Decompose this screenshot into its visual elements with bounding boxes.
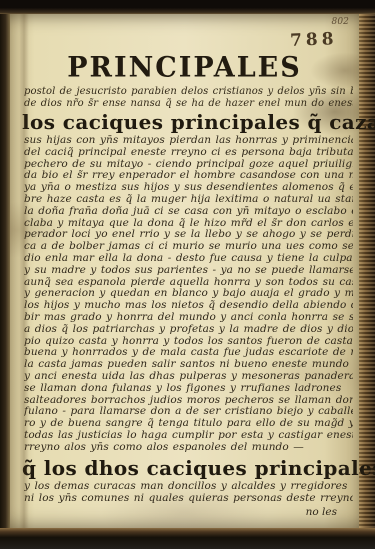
body-line: fulano - para llamarse don a de ser cris… (24, 406, 353, 418)
scan-left-edge (0, 14, 10, 528)
closing-line: y los demas curacas man doncillos y alca… (24, 480, 353, 493)
catchword: no les (10, 505, 359, 518)
manuscript-page: 802 788 PRINCIPALES postol de jesucristo… (10, 14, 359, 528)
body-line: ro y de buena sangre q̃ tenga titulo par… (24, 418, 353, 430)
scan-bottom-edge (0, 528, 375, 549)
body-line: salteadores borrachos judios moros peche… (24, 395, 353, 407)
body-line: todas las justicias lo haga cumplir por … (24, 430, 353, 442)
body-line: y anci enesta uida las dhas pulperas y m… (24, 371, 353, 383)
body-line: pechero de su mitayo - ciendo principal … (24, 159, 353, 171)
closing-block: y los demas curacas man doncillos y alca… (10, 479, 359, 505)
body-line: y su madre y todos sus parientes - ya no… (24, 265, 353, 277)
original-page-number: 788 (289, 29, 337, 51)
manuscript-scan: 802 788 PRINCIPALES postol de jesucristo… (0, 0, 375, 549)
intro-line: de dios nr̃o s̃r ense nansa q̃ se ha de … (24, 98, 353, 110)
body-line: claba y mitaya que la dona q̃ le hizo mr… (24, 218, 353, 230)
body-line: del caciq̃ principal eneste rreyno ci es… (24, 147, 353, 159)
scan-top-edge (0, 0, 375, 14)
body-line: ya yn̄a o mestiza sus hijos y sus desend… (24, 182, 353, 194)
body-line: y generacion y quedan en blanco y bajo a… (24, 288, 353, 300)
intro-line: postol de jesucristo parabien delos cris… (24, 86, 353, 98)
body-line: da bio el s̃r rrey enperador el hombre c… (24, 170, 353, 182)
body-line: sus hijas con yn̄s mitayos pierdan las h… (24, 135, 353, 147)
modern-folio-number: 802 (332, 17, 349, 27)
section-heading-dhos-caciques: q̃ los dhos caciques principales (10, 457, 359, 479)
body-line: buena y honrrados y de mala casta fue ju… (24, 347, 353, 359)
body-line: aunq̃ sea espanola pierde aquella honrra… (24, 277, 353, 289)
closing-line: ni los yn̄s comunes ni quales quieras pe… (24, 492, 353, 505)
body-line: dio enla mar ella la dona - desto fue ca… (24, 253, 353, 265)
body-line: ca a de bolber jamas ci ci murio se muri… (24, 241, 353, 253)
body-line: pio quizo casta y honrra y todos los san… (24, 336, 353, 348)
body-line: se llaman dona fulanas y los figones y r… (24, 383, 353, 395)
body-line: rreyno alos yn̄s como alos espanoles del… (24, 442, 353, 454)
book-fore-edge (359, 14, 375, 528)
page-title: PRINCIPALES (10, 51, 359, 84)
intro-block: postol de jesucristo parabien delos cris… (10, 85, 359, 109)
body-line: perador loci yo enel rrio y se la llebo … (24, 229, 353, 241)
body-line: a dios q̃ los patriarchas y profetas y l… (24, 324, 353, 336)
section-heading-caciques: los caciques principales q̃ cazarẽ (10, 111, 359, 133)
body-line: la casta jamas pueden salir santos ni bu… (24, 359, 353, 371)
body-line: los hijos y mucho mas los nietos q̃ dese… (24, 300, 353, 312)
body-line: bir mas grado y honrra del mundo y anci … (24, 312, 353, 324)
body-line: la doña fran̄a doña juā ci se casa con y… (24, 206, 353, 218)
body-line: bre haze casta es q̃ la muger hija lexit… (24, 194, 353, 206)
body-text-block: sus hijas con yn̄s mitayos pierdan las h… (10, 133, 359, 454)
